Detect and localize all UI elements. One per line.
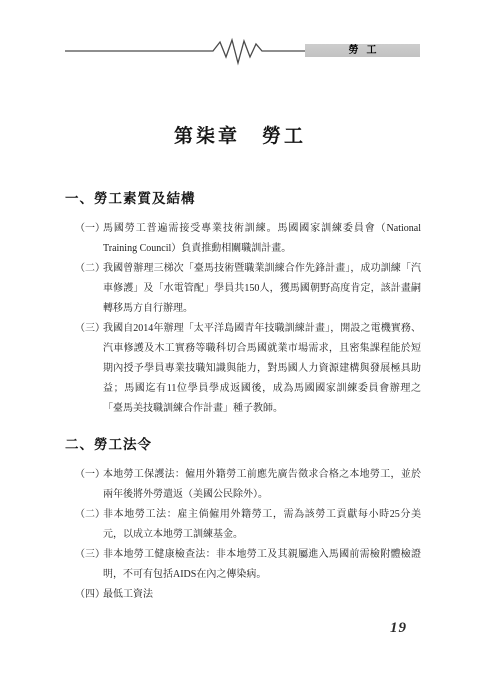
section-labor-quality: 一、勞工素質及結構 （一） 馬國勞工普遍需接受專業技術訓練。馬國國家訓練委員會（… [65,187,421,419]
chapter-tab-label: 勞工 [341,46,385,56]
list-item-marker: （二） [75,505,105,525]
heartbeat-line-graphic [0,0,480,70]
section-heading: 二、勞工法令 [65,433,421,453]
list-item-text: 非本地勞工法：雇主倘僱用外籍勞工，需為該勞工貢獻每小時25分美元，以成立本地勞工… [103,509,421,540]
list-item: （二） 非本地勞工法：雇主倘僱用外籍勞工，需為該勞工貢獻每小時25分美元，以成立… [75,505,421,545]
document-page: 勞工 第柒章 勞工 一、勞工素質及結構 （一） 馬國勞工普遍需接受專業技術訓練。… [0,0,480,679]
list-item: （一） 馬國勞工普遍需接受專業技術訓練。馬國國家訓練委員會（National T… [75,219,421,259]
list-item: （三） 非本地勞工健康檢查法：非本地勞工及其親屬進入馬國前需檢附體檢證明，不可有… [75,545,421,585]
list-item: （四） 最低工資法 [75,585,421,605]
list-item: （一） 本地勞工保護法：僱用外籍勞工前應先廣告徵求合格之本地勞工，並於兩年後將外… [75,465,421,505]
list-item-marker: （三） [75,319,105,339]
list-item-marker: （一） [75,465,105,485]
list-item: （二） 我國曾辦理三梯次「臺馬技術暨職業訓練合作先鋒計畫」，成功訓練「汽車修護」… [75,259,421,319]
list-item-text: 我國自2014年辦理「太平洋島國青年技職訓練計畫」，開設之電機實務、汽車修護及木… [103,323,421,414]
list-item-text: 我國曾辦理三梯次「臺馬技術暨職業訓練合作先鋒計畫」，成功訓練「汽車修護」及「水電… [103,263,421,314]
list-item-marker: （一） [75,219,105,239]
list-item-text: 馬國勞工普遍需接受專業技術訓練。馬國國家訓練委員會（National Train… [103,223,421,254]
page-number: 19 [390,620,407,637]
list-item: （三） 我國自2014年辦理「太平洋島國青年技職訓練計畫」，開設之電機實務、汽車… [75,319,421,419]
list-item-text: 非本地勞工健康檢查法：非本地勞工及其親屬進入馬國前需檢附體檢證明，不可有包括AI… [103,549,421,580]
chapter-tab: 勞工 [305,44,420,57]
section-heading: 一、勞工素質及結構 [65,187,421,207]
list-item-marker: （三） [75,545,105,565]
section-labor-laws: 二、勞工法令 （一） 本地勞工保護法：僱用外籍勞工前應先廣告徵求合格之本地勞工，… [65,433,421,605]
chapter-title: 第柒章 勞工 [0,121,480,148]
list-item-text: 最低工資法 [103,589,153,600]
list-item-marker: （四） [75,585,105,605]
list-item-marker: （二） [75,259,105,279]
list-item-text: 本地勞工保護法：僱用外籍勞工前應先廣告徵求合格之本地勞工，並於兩年後將外勞遣返（… [103,469,421,500]
